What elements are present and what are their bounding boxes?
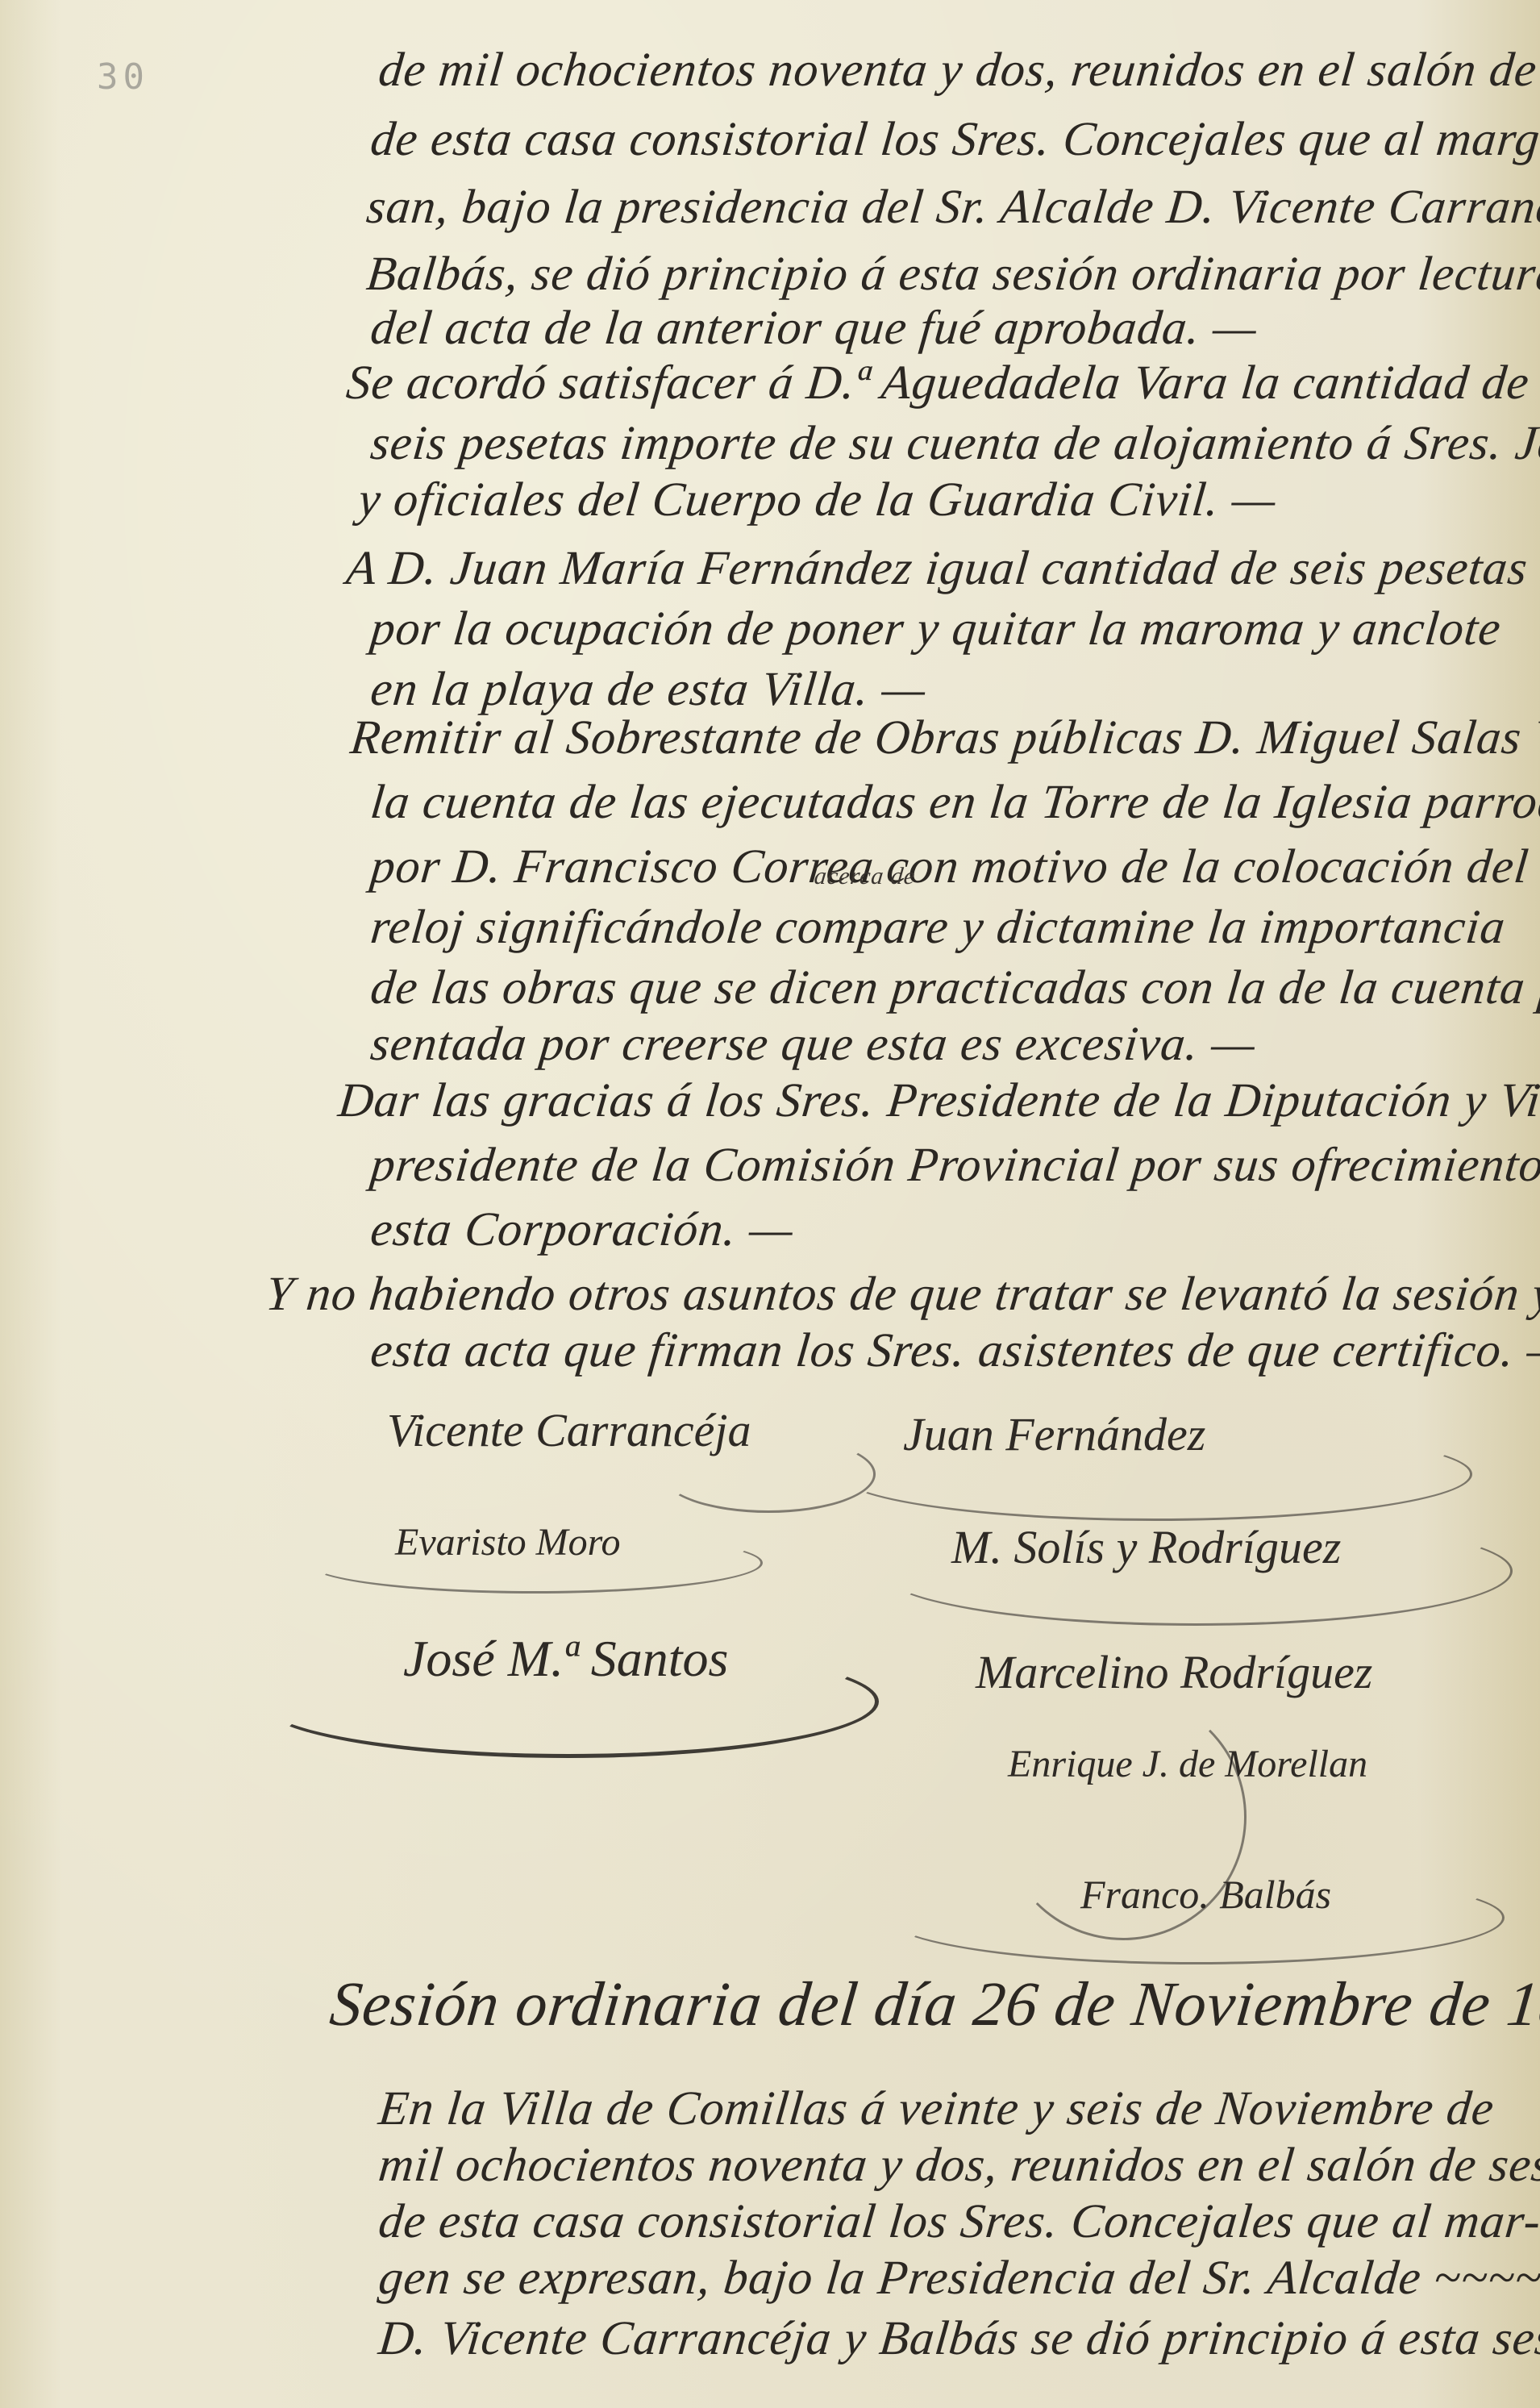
text-line: en la playa de esta Villa. —	[368, 661, 929, 717]
text-line: En la Villa de Comillas á veinte y seis …	[376, 2081, 1496, 2136]
signature-flourish	[887, 1871, 1505, 1964]
text-line: reloj significándole compare y dictamine…	[368, 899, 1508, 955]
signature-flourish	[839, 1427, 1472, 1521]
text-line: A D. Juan María Fernández igual cantidad…	[343, 540, 1530, 596]
text-line: del acta de la anterior que fué aprobada…	[368, 300, 1259, 356]
text-line: D. Vicente Carrancéja y Balbás se dió pr…	[376, 2310, 1540, 2366]
text-line: Dar las gracias á los Sres. Presidente d…	[335, 1073, 1540, 1128]
text-line: Se acordó satisfacer á D.ª Aguedadela Va…	[343, 355, 1532, 410]
text-line: y oficiales del Cuerpo de la Guardia Civ…	[356, 472, 1279, 527]
text-line: Remitir al Sobrestante de Obras públicas…	[348, 710, 1540, 765]
text-line: esta acta que firman los Sres. asistente…	[368, 1323, 1540, 1378]
text-line: gen se expresan, bajo la Presidencia del…	[376, 2250, 1540, 2306]
text-line: de las obras que se dicen practicadas co…	[368, 960, 1540, 1015]
text-line: por D. Francisco Correa con motivo de la…	[368, 839, 1540, 894]
signature: Marcelino Rodríguez	[976, 1645, 1372, 1699]
session-title: Sesión ordinaria del día 26 de Noviembre…	[327, 1968, 1540, 2040]
text-line: la cuenta de las ejecutadas en la Torre …	[368, 774, 1540, 830]
text-line: seis pesetas importe de su cuenta de alo…	[368, 415, 1540, 471]
interlinear-insertion: acerca de	[813, 863, 917, 890]
text-line: mil ochocientos noventa y dos, reunidos …	[376, 2137, 1540, 2193]
text-line: de esta casa consistorial los Sres. Conc…	[368, 111, 1540, 167]
text-line: de mil ochocientos noventa y dos, reunid…	[376, 42, 1540, 98]
text-line: san, bajo la presidencia del Sr. Alcalde…	[364, 179, 1540, 235]
manuscript-page: 30 de mil ochocientos noventa y dos, reu…	[0, 0, 1540, 2408]
text-line: de esta casa consistorial los Sres. Conc…	[376, 2193, 1540, 2249]
text-line: por la ocupación de poner y quitar la ma…	[368, 601, 1504, 656]
text-line: esta Corporación. —	[368, 1202, 796, 1257]
signature-flourish	[258, 1645, 879, 1758]
text-line: Y no habiendo otros asuntos de que trata…	[263, 1266, 1540, 1322]
signature-flourish	[879, 1516, 1513, 1626]
text-line: Balbás, se dió principio á esta sesión o…	[364, 246, 1540, 302]
archive-stamp: 30	[97, 56, 149, 98]
signature-flourish	[306, 1532, 763, 1594]
text-line: sentada por creerse que esta es excesiva…	[368, 1016, 1258, 1072]
text-line: presidente de la Comisión Provincial por…	[368, 1137, 1540, 1193]
